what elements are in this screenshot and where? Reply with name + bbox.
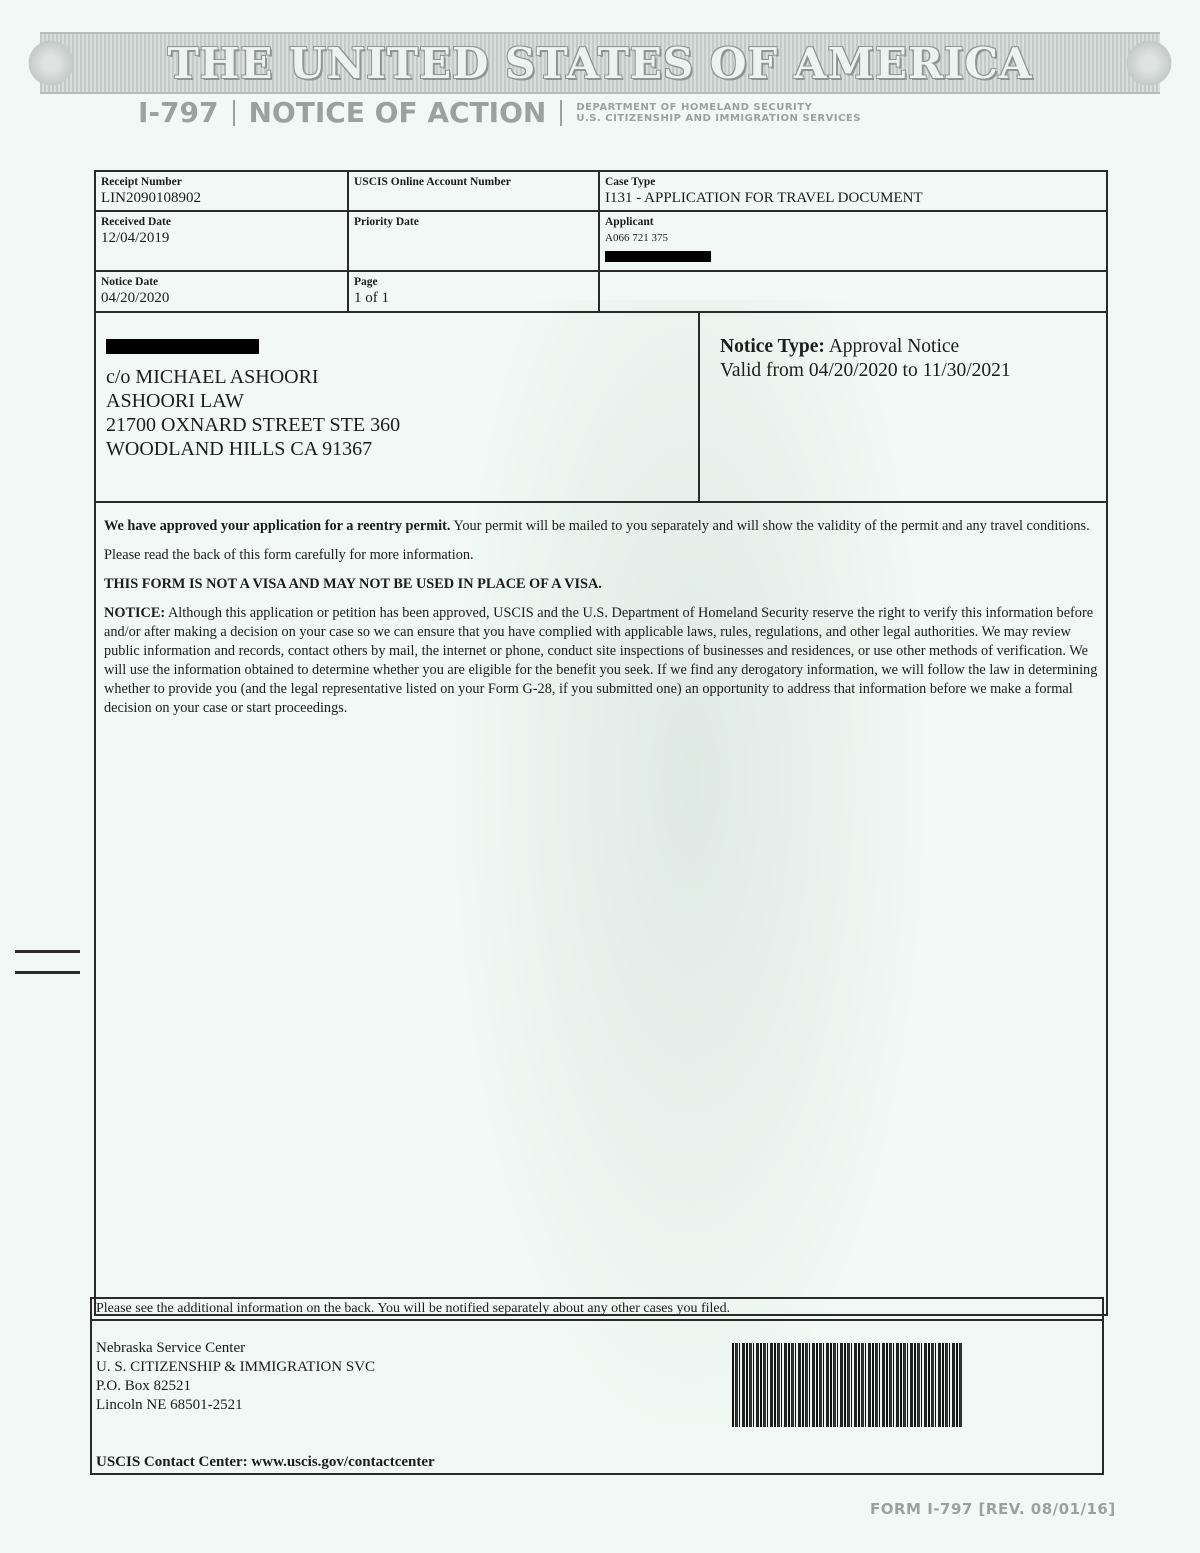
address-line: c/o MICHAEL ASHOORI — [106, 365, 688, 389]
divider — [560, 100, 562, 126]
margin-mark — [15, 971, 80, 974]
form-title: NOTICE OF ACTION — [249, 96, 547, 129]
address-line: WOODLAND HILLS CA 91367 — [106, 437, 688, 461]
table-row: Receipt Number LIN2090108902 USCIS Onlin… — [96, 172, 1106, 212]
case-type: I131 - APPLICATION FOR TRAVEL DOCUMENT — [605, 189, 1101, 207]
notice-paragraph: NOTICE: Although this application or pet… — [104, 604, 1098, 718]
field-label: Applicant — [605, 215, 1101, 229]
notice-type: Approval Notice — [829, 336, 960, 357]
department-line-2: U.S. CITIZENSHIP AND IMMIGRATION SERVICE… — [576, 113, 861, 124]
applicant-a-number: A066 721 375 — [605, 229, 1101, 247]
not-a-visa-warning: THIS FORM IS NOT A VISA AND MAY NOT BE U… — [104, 575, 1098, 594]
empty-cell — [600, 272, 1106, 311]
received-date-cell: Received Date 12/04/2019 — [96, 212, 349, 270]
banner-title: THE UNITED STATES OF AMERICA — [167, 39, 1032, 88]
priority-date-cell: Priority Date — [349, 212, 600, 270]
barcode — [732, 1343, 962, 1427]
address-row: c/o MICHAEL ASHOORI ASHOORI LAW 21700 OX… — [96, 313, 1106, 503]
mailing-address: c/o MICHAEL ASHOORI ASHOORI LAW 21700 OX… — [96, 313, 700, 501]
case-type-cell: Case Type I131 - APPLICATION FOR TRAVEL … — [600, 172, 1106, 210]
banner: THE UNITED STATES OF AMERICA — [40, 32, 1160, 94]
form-header: I-797 NOTICE OF ACTION DEPARTMENT OF HOM… — [138, 96, 861, 129]
field-label: Receipt Number — [101, 175, 342, 189]
notice-type-label: Notice Type: — [720, 336, 825, 357]
received-date: 12/04/2019 — [101, 229, 342, 247]
applicant-cell: Applicant A066 721 375 — [600, 212, 1106, 270]
page-cell: Page 1 of 1 — [349, 272, 600, 311]
divider — [233, 100, 235, 126]
footer-table: Please see the additional information on… — [90, 1297, 1104, 1475]
page-number: 1 of 1 — [354, 289, 593, 307]
form-number: I-797 — [138, 96, 219, 129]
form-revision: FORM I-797 [REV. 08/01/16] — [870, 1500, 1116, 1518]
field-label: Case Type — [605, 175, 1101, 189]
department-line-1: DEPARTMENT OF HOMELAND SECURITY — [576, 102, 812, 113]
approval-statement: We have approved your application for a … — [104, 518, 450, 534]
rosette-icon — [1124, 36, 1174, 90]
field-label: Priority Date — [354, 215, 593, 229]
notice-date: 04/20/2020 — [101, 289, 342, 307]
table-row: Received Date 12/04/2019 Priority Date A… — [96, 212, 1106, 272]
field-label: USCIS Online Account Number — [354, 175, 593, 189]
department: DEPARTMENT OF HOMELAND SECURITY U.S. CIT… — [576, 102, 861, 124]
redacted-applicant-name — [605, 251, 711, 262]
approval-details: Your permit will be mailed to you separa… — [450, 518, 1089, 534]
read-back-paragraph: Please read the back of this form carefu… — [104, 546, 1098, 565]
field-label: Notice Date — [101, 275, 342, 289]
notice-text: Although this application or petition ha… — [104, 605, 1097, 716]
address-line: 21700 OXNARD STREET STE 360 — [106, 413, 688, 437]
field-label: Page — [354, 275, 593, 289]
table-row: Notice Date 04/20/2020 Page 1 of 1 — [96, 272, 1106, 313]
additional-info: Please see the additional information on… — [92, 1299, 1102, 1321]
address-line: ASHOORI LAW — [106, 389, 688, 413]
approval-paragraph: We have approved your application for a … — [104, 517, 1098, 536]
notice-table: Receipt Number LIN2090108902 USCIS Onlin… — [94, 170, 1108, 1316]
notice-label: NOTICE: — [104, 605, 165, 621]
validity-period: Valid from 04/20/2020 to 11/30/2021 — [720, 359, 1086, 383]
receipt-number: LIN2090108902 — [101, 189, 342, 207]
online-account-cell: USCIS Online Account Number — [349, 172, 600, 210]
notice-body: We have approved your application for a … — [96, 503, 1106, 1314]
margin-mark — [15, 950, 80, 953]
notice-type-cell: Notice Type: Approval Notice Valid from … — [700, 313, 1106, 501]
field-label: Received Date — [101, 215, 342, 229]
rosette-icon — [26, 36, 76, 90]
receipt-number-cell: Receipt Number LIN2090108902 — [96, 172, 349, 210]
contact-center: USCIS Contact Center: www.uscis.gov/cont… — [96, 1454, 435, 1471]
service-center-block: Nebraska Service Center U. S. CITIZENSHI… — [92, 1321, 1102, 1473]
redacted-recipient-name — [106, 339, 259, 354]
notice-date-cell: Notice Date 04/20/2020 — [96, 272, 349, 311]
